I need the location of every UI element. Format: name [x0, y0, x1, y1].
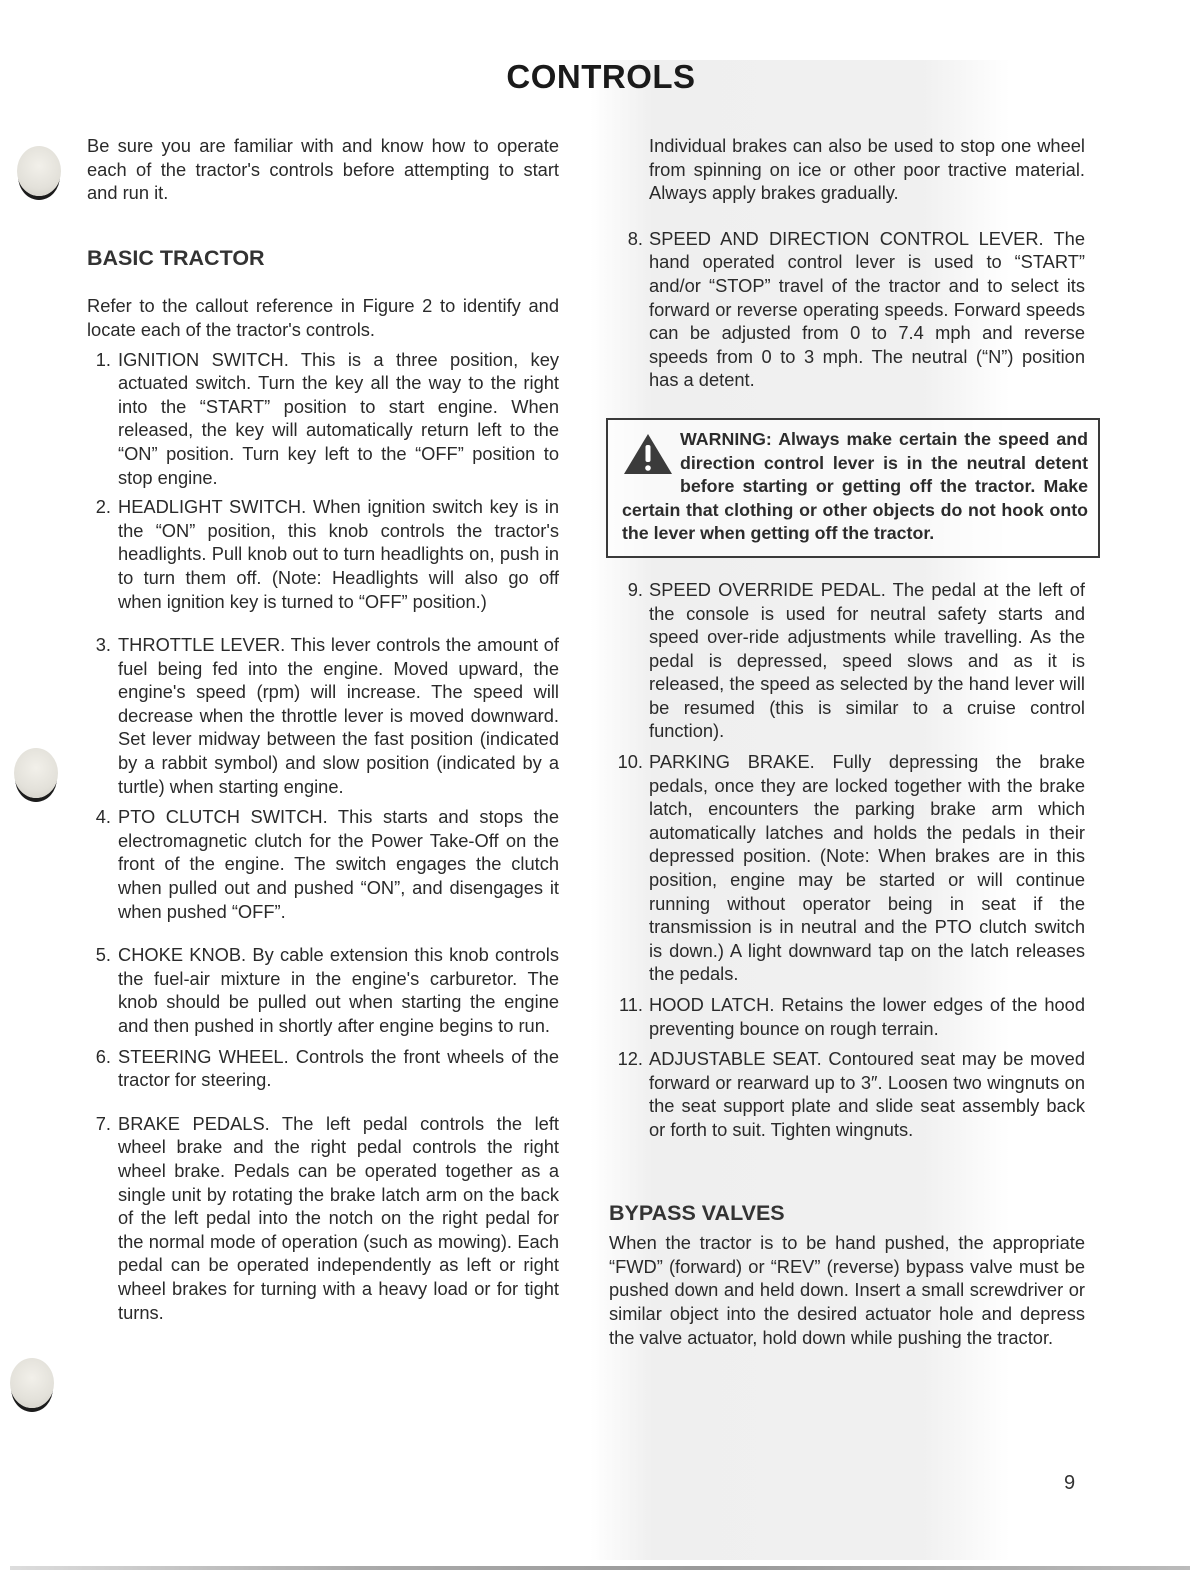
right-column: Individual brakes can also be used to st…	[609, 134, 1085, 1349]
item-number: 3.	[87, 633, 111, 657]
item-text: THROTTLE LEVER. This lever controls the …	[118, 634, 559, 797]
item-text: CHOKE KNOB. By cable extension this knob…	[118, 944, 559, 1036]
item-number: 7.	[87, 1112, 111, 1136]
list-item-steering-wheel: 6. STEERING WHEEL. Controls the front wh…	[87, 1045, 559, 1092]
list-item-adjustable-seat: 12. ADJUSTABLE SEAT. Contoured seat may …	[609, 1047, 1085, 1141]
item-number: 11.	[609, 993, 643, 1017]
left-column: Be sure you are familiar with and know h…	[87, 134, 559, 1324]
item-text: PTO CLUTCH SWITCH. This starts and stops…	[118, 806, 559, 921]
warning-label: WARNING:	[680, 429, 772, 449]
item-number: 10.	[609, 750, 643, 774]
item-number: 9.	[609, 578, 643, 602]
binder-hole-middle	[14, 748, 58, 798]
list-item-speed-direction-lever: 8. SPEED AND DIRECTION CONTROL LEVER. Th…	[609, 227, 1085, 392]
page-title: CONTROLS	[0, 58, 1202, 96]
binder-hole-top	[17, 146, 61, 196]
intro-paragraph: Be sure you are familiar with and know h…	[87, 134, 559, 205]
list-item-choke-knob: 5. CHOKE KNOB. By cable extension this k…	[87, 943, 559, 1037]
list-item-ignition-switch: 1. IGNITION SWITCH. This is a three posi…	[87, 348, 559, 490]
lead-paragraph: Refer to the callout reference in Figure…	[87, 294, 559, 341]
item-number: 1.	[87, 348, 111, 372]
warning-triangle-icon	[622, 432, 674, 476]
item-text: PARKING BRAKE. Fully depressing the brak…	[649, 751, 1085, 984]
page-number: 9	[1064, 1472, 1075, 1495]
item-text: STEERING WHEEL. Controls the front wheel…	[118, 1046, 559, 1091]
controls-list-left: 1. IGNITION SWITCH. This is a three posi…	[87, 348, 559, 1325]
item-text: HEADLIGHT SWITCH. When ignition switch k…	[118, 496, 559, 611]
section-heading-bypass-valves: BYPASS VALVES	[609, 1202, 1085, 1226]
page-bottom-edge	[10, 1566, 1190, 1570]
controls-list-right: 9. SPEED OVERRIDE PEDAL. The pedal at th…	[609, 578, 1085, 1142]
list-item-throttle-lever: 3. THROTTLE LEVER. This lever controls t…	[87, 633, 559, 798]
list-item-speed-override-pedal: 9. SPEED OVERRIDE PEDAL. The pedal at th…	[609, 578, 1085, 743]
item-text: SPEED AND DIRECTION CONTROL LEVER. The h…	[649, 228, 1085, 391]
item-text: BRAKE PEDALS. The left pedal controls th…	[118, 1113, 559, 1323]
item-number: 6.	[87, 1045, 111, 1069]
item-number: 12.	[609, 1047, 643, 1071]
item-number: 4.	[87, 805, 111, 829]
warning-box: WARNING: Always make certain the speed a…	[606, 418, 1100, 558]
item-text: SPEED OVERRIDE PEDAL. The pedal at the l…	[649, 579, 1085, 742]
section-heading-basic-tractor: BASIC TRACTOR	[87, 247, 559, 271]
item-number: 8.	[609, 227, 643, 251]
bypass-paragraph: When the tractor is to be hand pushed, t…	[609, 1231, 1085, 1349]
item-number: 2.	[87, 495, 111, 519]
list-item-parking-brake: 10. PARKING BRAKE. Fully depressing the …	[609, 750, 1085, 986]
controls-list-item-8: 8. SPEED AND DIRECTION CONTROL LEVER. Th…	[609, 227, 1085, 392]
list-item-headlight-switch: 2. HEADLIGHT SWITCH. When ignition switc…	[87, 495, 559, 613]
brake-continuation-paragraph: Individual brakes can also be used to st…	[609, 134, 1085, 205]
binder-hole-bottom	[10, 1358, 54, 1408]
list-item-brake-pedals: 7. BRAKE PEDALS. The left pedal controls…	[87, 1112, 559, 1324]
item-text: HOOD LATCH. Retains the lower edges of t…	[649, 994, 1085, 1039]
list-item-hood-latch: 11. HOOD LATCH. Retains the lower edges …	[609, 993, 1085, 1040]
item-text: ADJUSTABLE SEAT. Contoured seat may be m…	[649, 1048, 1085, 1140]
item-number: 5.	[87, 943, 111, 967]
item-text: IGNITION SWITCH. This is a three positio…	[118, 349, 559, 488]
list-item-pto-clutch-switch: 4. PTO CLUTCH SWITCH. This starts and st…	[87, 805, 559, 923]
